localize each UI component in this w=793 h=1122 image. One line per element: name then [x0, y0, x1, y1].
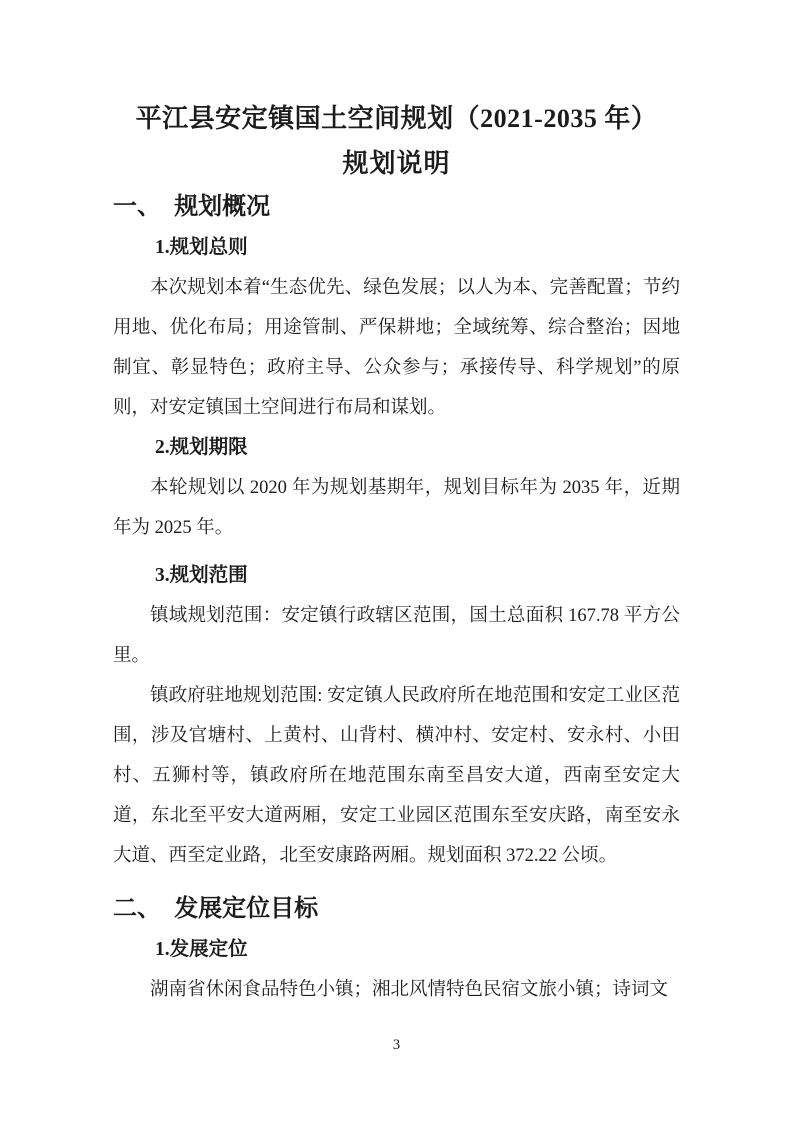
- page-footer: 3: [113, 1036, 680, 1054]
- paragraph-development-positioning: 湖南省休闲食品特色小镇；湘北风情特色民宿文旅小镇；诗词文: [113, 970, 680, 1010]
- paragraph-government-seat-scope: 镇政府驻地规划范围: 安定镇人民政府所在地范围和安定工业区范围，涉及官塘村、上黄…: [113, 676, 680, 876]
- document-header: 平江县安定镇国土空间规划（2021-2035 年） 规划说明: [113, 96, 680, 186]
- section-heading-label: 发展定位目标: [174, 896, 318, 922]
- page-number: 3: [393, 1037, 400, 1053]
- section-heading-2: 二、发展定位目标: [113, 888, 680, 930]
- sub-heading-planning-principles: 1.规划总则: [113, 228, 680, 268]
- sub-heading-planning-period: 2.规划期限: [113, 428, 680, 468]
- paragraph-planning-principles: 本次规划本着“生态优先、绿色发展；以人为本、完善配置；节约用地、优化布局；用途管…: [113, 268, 680, 428]
- section-heading-number: 二、: [113, 896, 161, 922]
- paragraph-planning-period: 本轮规划以 2020 年为规划基期年，规划目标年为 2035 年，近期年为 20…: [113, 468, 680, 548]
- sub-heading-planning-scope: 3.规划范围: [113, 556, 680, 596]
- document-page: 平江县安定镇国土空间规划（2021-2035 年） 规划说明 一、规划概况 1.…: [0, 0, 793, 1122]
- section-heading-number: 一、: [113, 194, 161, 220]
- document-subtitle: 规划说明: [113, 142, 680, 186]
- sub-heading-development-positioning: 1.发展定位: [113, 930, 680, 970]
- section-heading-1: 一、规划概况: [113, 186, 680, 228]
- paragraph-town-scope: 镇域规划范围：安定镇行政辖区范围，国土总面积 167.78 平方公里。: [113, 596, 680, 676]
- document-title: 平江县安定镇国土空间规划（2021-2035 年）: [113, 96, 680, 142]
- section-heading-label: 规划概况: [174, 194, 270, 220]
- document-body: 一、规划概况 1.规划总则 本次规划本着“生态优先、绿色发展；以人为本、完善配置…: [113, 186, 680, 1010]
